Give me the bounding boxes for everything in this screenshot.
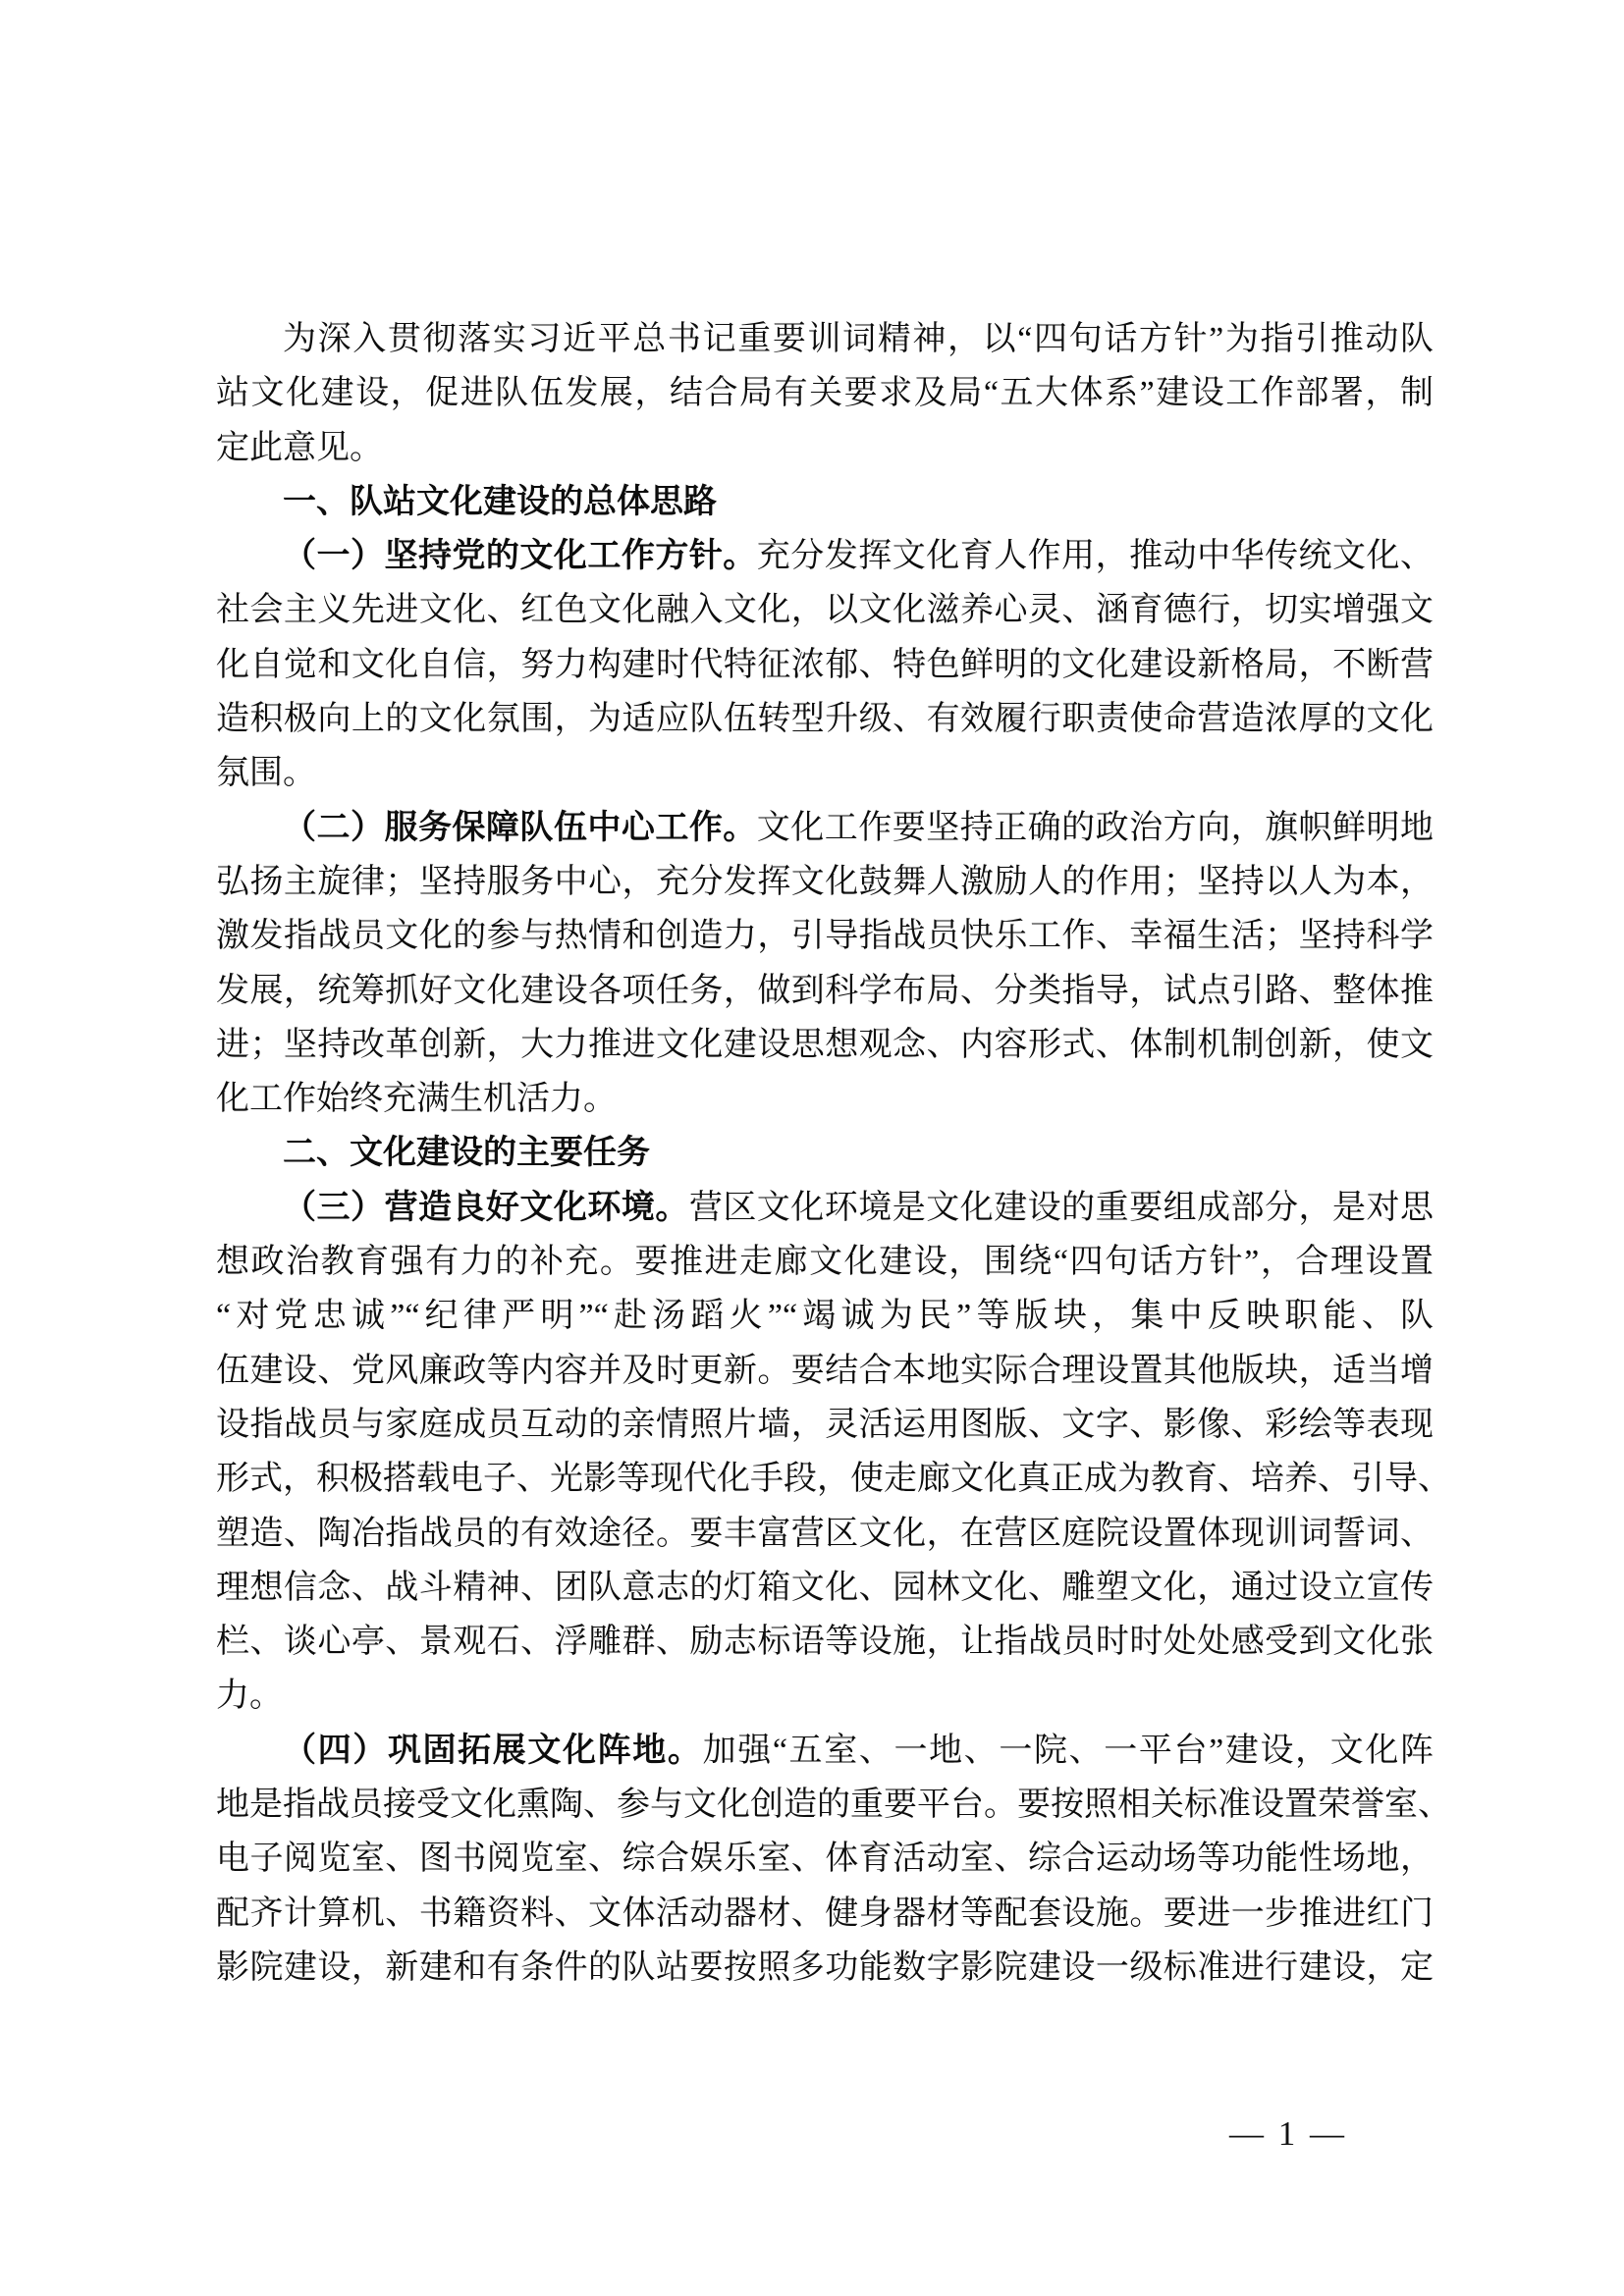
document-line: 为深入贯彻落实习近平总书记重要训词精神，以“四句话方针”为指引推动队	[216, 312, 1434, 366]
paragraph-lead: （二）服务保障队伍中心工作。	[283, 809, 757, 846]
section-heading: 一、队站文化建设的总体思路	[216, 475, 1434, 529]
section-heading: 二、文化建设的主要任务	[216, 1126, 1434, 1180]
document-line: 力。	[216, 1669, 1434, 1723]
paragraph-lead: （四）巩固拓展文化阵地。	[283, 1732, 703, 1769]
paragraph-lead: （一）坚持党的文化工作方针。	[283, 537, 757, 574]
document-line: （四）巩固拓展文化阵地。加强“五室、一地、一院、一平台”建设，文化阵	[216, 1724, 1434, 1778]
document-line: 想政治教育强有力的补充。要推进走廊文化建设，围绕“四句话方针”，合理设置	[216, 1235, 1434, 1289]
document-line: 影院建设，新建和有条件的队站要按照多功能数字影院建设一级标准进行建设，定	[216, 1941, 1434, 1995]
document-line: 站文化建设，促进队伍发展，结合局有关要求及局“五大体系”建设工作部署，制	[216, 366, 1434, 420]
document-line: 定此意见。	[216, 421, 1434, 475]
document-line: 伍建设、党风廉政等内容并及时更新。要结合本地实际合理设置其他版块，适当增	[216, 1344, 1434, 1398]
document-line: 化自觉和文化自信，努力构建时代特征浓郁、特色鲜明的文化建设新格局，不断营	[216, 638, 1434, 692]
document-line: 配齐计算机、书籍资料、文体活动器材、健身器材等配套设施。要进一步推进红门	[216, 1887, 1434, 1941]
document-line: “对党忠诚”“纪律严明”“赴汤蹈火”“竭诚为民”等版块，集中反映职能、队	[216, 1289, 1434, 1343]
document-line: （一）坚持党的文化工作方针。充分发挥文化育人作用，推动中华传统文化、	[216, 529, 1434, 583]
document-line: 社会主义先进文化、红色文化融入文化，以文化滋养心灵、涵育德行，切实增强文	[216, 583, 1434, 637]
document-line: 理想信念、战斗精神、团队意志的灯箱文化、园林文化、雕塑文化，通过设立宣传	[216, 1561, 1434, 1615]
document-line: （二）服务保障队伍中心工作。文化工作要坚持正确的政治方向，旗帜鲜明地	[216, 801, 1434, 855]
document-line: 塑造、陶冶指战员的有效途径。要丰富营区文化，在营区庭院设置体现训词誓词、	[216, 1507, 1434, 1561]
document-line: 弘扬主旋律；坚持服务中心，充分发挥文化鼓舞人激励人的作用；坚持以人为本，	[216, 855, 1434, 909]
document-line: 激发指战员文化的参与热情和创造力，引导指战员快乐工作、幸福生活；坚持科学	[216, 909, 1434, 963]
document-line: 设指战员与家庭成员互动的亲情照片墙，灵活运用图版、文字、影像、彩绘等表现	[216, 1398, 1434, 1452]
page: 为深入贯彻落实习近平总书记重要训词精神，以“四句话方针”为指引推动队站文化建设，…	[0, 0, 1624, 2296]
document-line: 造积极向上的文化氛围，为适应队伍转型升级、有效履行职责使命营造浓厚的文化	[216, 692, 1434, 746]
document-body: 为深入贯彻落实习近平总书记重要训词精神，以“四句话方针”为指引推动队站文化建设，…	[216, 312, 1434, 1995]
document-line: 地是指战员接受文化熏陶、参与文化创造的重要平台。要按照相关标准设置荣誉室、	[216, 1778, 1434, 1832]
document-line: 化工作始终充满生机活力。	[216, 1072, 1434, 1126]
document-line: 氛围。	[216, 746, 1434, 800]
document-line: 进；坚持改革创新，大力推进文化建设思想观念、内容形式、体制机制创新，使文	[216, 1018, 1434, 1072]
paragraph-lead: （三）营造良好文化环境。	[283, 1189, 689, 1226]
document-line: 电子阅览室、图书阅览室、综合娱乐室、体育活动室、综合运动场等功能性场地，	[216, 1832, 1434, 1886]
document-line: （三）营造良好文化环境。营区文化环境是文化建设的重要组成部分，是对思	[216, 1181, 1434, 1235]
document-line: 发展，统筹抓好文化建设各项任务，做到科学布局、分类指导，试点引路、整体推	[216, 964, 1434, 1018]
page-number: — 1 —	[1229, 2112, 1377, 2156]
document-line: 形式，积极搭载电子、光影等现代化手段，使走廊文化真正成为教育、培养、引导、	[216, 1452, 1434, 1506]
document-line: 栏、谈心亭、景观石、浮雕群、励志标语等设施，让指战员时时处处感受到文化张	[216, 1615, 1434, 1669]
